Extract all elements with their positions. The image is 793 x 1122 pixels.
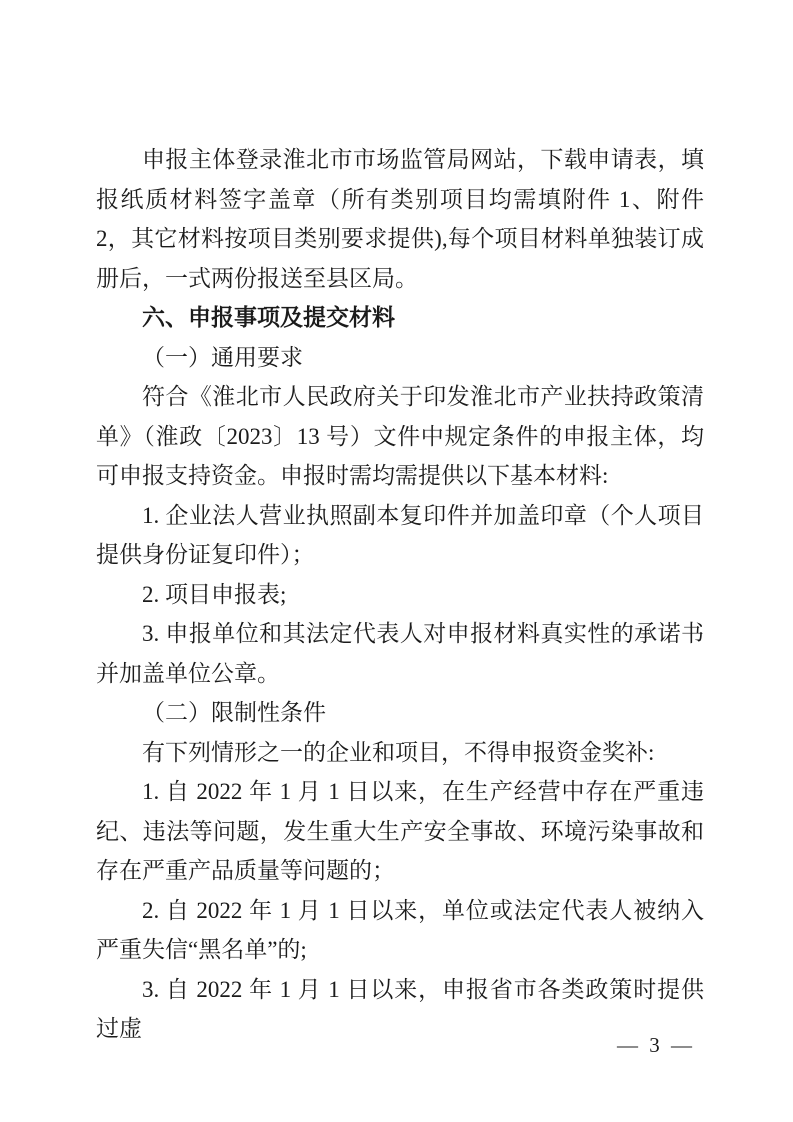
section-heading-declaration-items: 六、申报事项及提交材料 bbox=[96, 298, 704, 338]
page-number: — 3 — bbox=[617, 1033, 695, 1058]
paragraph-eligibility: 符合《淮北市人民政府关于印发淮北市产业扶持政策清单》（淮政〔2023〕13 号）… bbox=[96, 377, 704, 496]
paragraph-submission-process: 申报主体登录淮北市市场监管局网站，下载申请表，填报纸质材料签字盖章（所有类别项目… bbox=[96, 140, 704, 298]
list-item-restriction-2: 2. 自 2022 年 1 月 1 日以来，单位或法定代表人被纳入严重失信“黑名… bbox=[96, 891, 704, 970]
subsection-heading-restrictive-conditions: （二）限制性条件 bbox=[96, 693, 704, 733]
list-item-application-form: 2. 项目申报表; bbox=[96, 575, 704, 615]
list-item-restriction-3: 3. 自 2022 年 1 月 1 日以来，申报省市各类政策时提供过虚 bbox=[96, 970, 704, 1049]
paragraph-restriction-intro: 有下列情形之一的企业和项目，不得申报资金奖补: bbox=[96, 733, 704, 773]
document-body: 申报主体登录淮北市市场监管局网站，下载申请表，填报纸质材料签字盖章（所有类别项目… bbox=[96, 140, 704, 1049]
subsection-heading-general-requirements: （一）通用要求 bbox=[96, 338, 704, 378]
list-item-restriction-1: 1. 自 2022 年 1 月 1 日以来，在生产经营中存在严重违纪、违法等问题… bbox=[96, 772, 704, 891]
list-item-commitment-letter: 3. 申报单位和其法定代表人对申报材料真实性的承诺书并加盖单位公章。 bbox=[96, 614, 704, 693]
list-item-business-license: 1. 企业法人营业执照副本复印件并加盖印章（个人项目提供身份证复印件）； bbox=[96, 496, 704, 575]
document-page: 申报主体登录淮北市市场监管局网站，下载申请表，填报纸质材料签字盖章（所有类别项目… bbox=[0, 0, 793, 1122]
